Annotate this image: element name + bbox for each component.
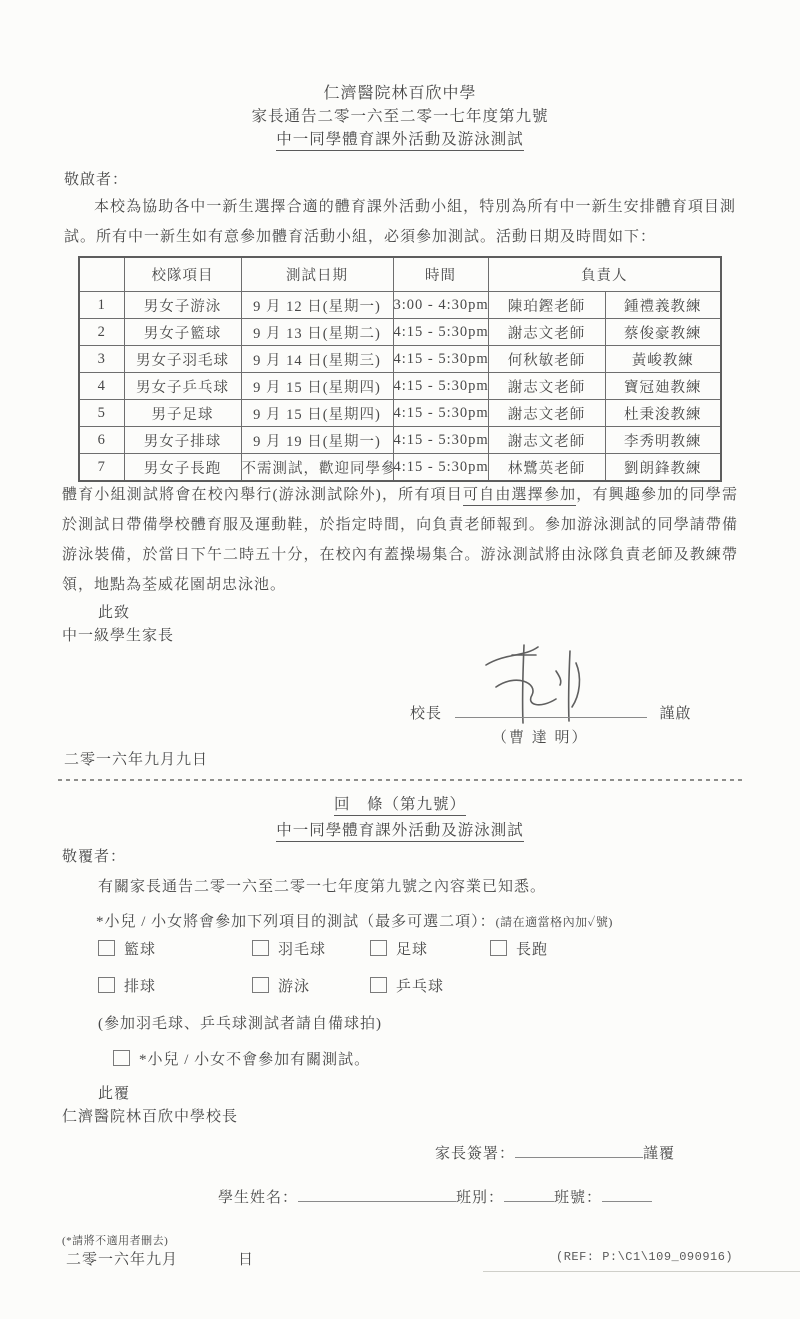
reply-subject: 中一同學體育課外活動及游泳測試	[0, 818, 800, 840]
principal-name: （曹 達 明）	[492, 726, 589, 747]
table-row: 3 男女子羽毛球 9 月 14 日(星期三) 4:15 - 5:30pm 何秋敏…	[79, 346, 721, 373]
row-time: 4:15 - 5:30pm	[393, 319, 488, 346]
option-label: 羽毛球	[278, 942, 326, 958]
reply-addressee: 仁濟醫院林百欣中學校長	[62, 1105, 238, 1126]
reply-date-prefix: 二零一六年九月	[66, 1252, 178, 1268]
row-no: 2	[79, 319, 124, 346]
reply-closing: 此覆	[98, 1082, 130, 1103]
test-schedule-table: 校隊項目 測試日期 時間 負責人 1 男女子游泳 9 月 12 日(星期一) 3…	[78, 256, 722, 482]
row-time: 3:00 - 4:30pm	[393, 292, 488, 319]
row-no: 1	[79, 292, 124, 319]
row-date: 9 月 13 日(星期二)	[241, 319, 393, 346]
header-team-item: 校隊項目	[124, 257, 241, 292]
row-item: 男女子羽毛球	[124, 346, 241, 373]
row-no: 6	[79, 427, 124, 454]
row-teacher: 謝志文老師	[488, 400, 605, 427]
table-row: 4 男女子乒乓球 9 月 15 日(星期四) 4:15 - 5:30pm 謝志文…	[79, 373, 721, 400]
notice-subject: 中一同學體育課外活動及游泳測試	[0, 127, 800, 149]
salutation: 敬啟者：	[64, 168, 128, 189]
scanned-notice-page: 仁濟醫院林百欣中學 家長通告二零一六至二零一七年度第九號 中一同學體育課外活動及…	[0, 0, 800, 1319]
option-decline[interactable]: *小兒 / 小女不會參加有關測試。	[113, 1048, 370, 1069]
row-date: 9 月 14 日(星期三)	[241, 346, 393, 373]
row-date: 9 月 19 日(星期一)	[241, 427, 393, 454]
option-label: 籃球	[124, 942, 156, 958]
row-no: 3	[79, 346, 124, 373]
option-football[interactable]: 足球	[370, 938, 428, 959]
school-name: 仁濟醫院林百欣中學	[0, 80, 800, 103]
details-underlined-free-choice: 可自由選擇參加	[463, 487, 576, 506]
student-name-label: 學生姓名：	[218, 1190, 298, 1206]
table-row: 5 男子足球 9 月 15 日(星期四) 4:15 - 5:30pm 謝志文老師…	[79, 400, 721, 427]
row-coach: 杜秉浚教練	[605, 400, 721, 427]
reply-acknowledgement: 有關家長通告二零一六至二零一七年度第九號之內容業已知悉。	[98, 875, 546, 896]
parent-sign-label: 家長簽署：	[435, 1146, 515, 1162]
row-teacher: 何秋敏老師	[488, 346, 605, 373]
decline-label: *小兒 / 小女不會參加有關測試。	[139, 1052, 370, 1068]
row-item: 男女子游泳	[124, 292, 241, 319]
row-coach: 劉朗鋒教練	[605, 454, 721, 482]
reply-date-line: 二零一六年九月日	[66, 1248, 254, 1269]
table-row: 7 男女子長跑 不需測試，歡迎同學參加 4:15 - 5:30pm 林鷺英老師 …	[79, 454, 721, 482]
table-header-row: 校隊項目 測試日期 時間 負責人	[79, 257, 721, 292]
row-coach: 李秀明教練	[605, 427, 721, 454]
option-label: 排球	[124, 979, 156, 995]
class-blank[interactable]	[504, 1186, 554, 1202]
row-coach: 蔡俊豪教練	[605, 319, 721, 346]
principal-sign-line: 校長 謹啟	[410, 702, 692, 723]
student-info-line: 學生姓名：班別：班號：	[218, 1186, 652, 1207]
row-item: 男子足球	[124, 400, 241, 427]
row-no: 4	[79, 373, 124, 400]
option-swimming[interactable]: 游泳	[252, 975, 310, 996]
reply-date-suffix: 日	[238, 1252, 254, 1268]
row-time: 4:15 - 5:30pm	[393, 400, 488, 427]
row-date: 9 月 15 日(星期四)	[241, 373, 393, 400]
row-item: 男女子排球	[124, 427, 241, 454]
racket-note: (參加羽毛球、乒乓球測試者請自備球拍)	[98, 1012, 382, 1033]
row-time: 4:15 - 5:30pm	[393, 373, 488, 400]
row-time: 4:15 - 5:30pm	[393, 346, 488, 373]
parent-sign-line: 家長簽署：謹覆	[435, 1142, 675, 1163]
notice-number-line: 家長通告二零一六至二零一七年度第九號	[0, 104, 800, 126]
row-teacher: 謝志文老師	[488, 373, 605, 400]
row-time: 4:15 - 5:30pm	[393, 427, 488, 454]
row-teacher: 陳珀鏗老師	[488, 292, 605, 319]
parent-sign-suffix: 謹覆	[643, 1146, 675, 1162]
class-label: 班別：	[456, 1190, 504, 1206]
option-long-distance[interactable]: 長跑	[490, 938, 548, 959]
details-paragraph: 體育小組測試將會在校內舉行(游泳測試除外)，所有項目可自由選擇參加，有興趣參加的…	[62, 480, 738, 600]
row-coach: 寶冠廸教練	[605, 373, 721, 400]
choose-hint: (請在適當格內加✓號)	[496, 915, 613, 929]
row-item: 男女子長跑	[124, 454, 241, 482]
row-item: 男女子籃球	[124, 319, 241, 346]
delete-note: (*請將不適用者刪去)	[62, 1232, 168, 1248]
class-no-blank[interactable]	[602, 1186, 652, 1202]
option-volleyball[interactable]: 排球	[98, 975, 156, 996]
parent-signature-blank[interactable]	[515, 1142, 643, 1158]
checkbox-swimming[interactable]	[252, 977, 269, 993]
principal-label: 校長	[410, 706, 442, 722]
closing-cizhi: 此致	[98, 601, 130, 622]
checkbox-long-distance[interactable]	[490, 940, 507, 956]
table-row: 1 男女子游泳 9 月 12 日(星期一) 3:00 - 4:30pm 陳珀鏗老…	[79, 292, 721, 319]
option-label: 足球	[396, 942, 428, 958]
reply-date-blank[interactable]	[182, 1249, 234, 1264]
choose-text: *小兒 / 小女將會參加下列項目的測試（最多可選二項）：	[96, 914, 496, 930]
table-row: 2 男女子籃球 9 月 13 日(星期二) 4:15 - 5:30pm 謝志文老…	[79, 319, 721, 346]
row-teacher: 謝志文老師	[488, 319, 605, 346]
choose-line: *小兒 / 小女將會參加下列項目的測試（最多可選二項）：(請在適當格內加✓號)	[96, 910, 613, 931]
checkbox-decline[interactable]	[113, 1050, 130, 1066]
class-no-label: 班號：	[554, 1190, 602, 1206]
addressee: 中一級學生家長	[62, 624, 174, 645]
checkbox-badminton[interactable]	[252, 940, 269, 956]
header-test-date: 測試日期	[241, 257, 393, 292]
option-badminton[interactable]: 羽毛球	[252, 938, 326, 959]
row-no: 7	[79, 454, 124, 482]
principal-suffix: 謹啟	[660, 706, 692, 722]
row-coach: 黃峻教練	[605, 346, 721, 373]
row-teacher: 林鷺英老師	[488, 454, 605, 482]
header-time: 時間	[393, 257, 488, 292]
issue-date: 二零一六年九月九日	[64, 748, 208, 769]
principal-signature-blank[interactable]	[455, 702, 647, 718]
intro-paragraph: 本校為協助各中一新生選擇合適的體育課外活動小組，特別為所有中一新生安排體育項目測…	[64, 192, 736, 252]
checkbox-volleyball[interactable]	[98, 977, 115, 993]
reply-salutation: 敬覆者：	[62, 845, 126, 866]
row-teacher: 謝志文老師	[488, 427, 605, 454]
header-person-in-charge: 負責人	[488, 257, 721, 292]
checkbox-table-tennis[interactable]	[370, 977, 387, 993]
student-name-blank[interactable]	[298, 1186, 456, 1202]
reply-title: 回 條（第九號）	[0, 792, 800, 814]
option-label: 乒乓球	[396, 979, 444, 995]
table-row: 6 男女子排球 9 月 19 日(星期一) 4:15 - 5:30pm 謝志文老…	[79, 427, 721, 454]
cut-dashed-line	[58, 779, 746, 781]
checkbox-basketball[interactable]	[98, 940, 115, 956]
option-label: 游泳	[278, 979, 310, 995]
row-item: 男女子乒乓球	[124, 373, 241, 400]
option-table-tennis[interactable]: 乒乓球	[370, 975, 444, 996]
scan-edge-line	[483, 1271, 800, 1272]
checkbox-football[interactable]	[370, 940, 387, 956]
header-index	[79, 257, 124, 292]
option-basketball[interactable]: 籃球	[98, 938, 156, 959]
details-before: 體育小組測試將會在校內舉行(游泳測試除外)，所有項目	[62, 487, 463, 503]
option-label: 長跑	[516, 942, 548, 958]
row-date: 9 月 12 日(星期一)	[241, 292, 393, 319]
row-no: 5	[79, 400, 124, 427]
row-coach: 鍾禮義教練	[605, 292, 721, 319]
ref-code: (REF: P:\C1\109_090916)	[556, 1250, 733, 1264]
row-time: 4:15 - 5:30pm	[393, 454, 488, 482]
row-date: 不需測試，歡迎同學參加	[241, 454, 393, 482]
row-date: 9 月 15 日(星期四)	[241, 400, 393, 427]
